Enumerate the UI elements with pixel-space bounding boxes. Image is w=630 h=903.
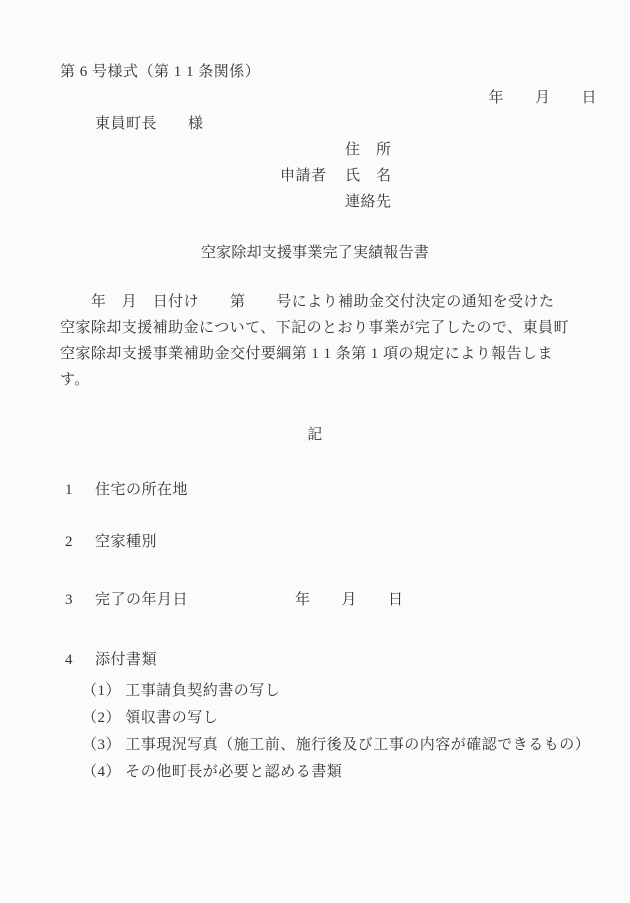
attachment-item: （1） 工事請負契約書の写し: [82, 683, 280, 699]
item-completion-date: 3完了の年月日年 月 日: [65, 592, 404, 608]
document-page: 第 6 号様式（第 1 1 条関係） 年 月 日 東員町長 様 申請者 住 所 …: [0, 0, 630, 903]
item-vacant-house-type: 2空家種別: [65, 534, 157, 550]
item-label: 住宅の所在地: [95, 482, 188, 498]
body-line: 空家除却支援補助金について、下記のとおり事業が完了したので、東員町: [60, 315, 575, 341]
attachment-item: （3） 工事現況写真（施工前、施行後及び工事の内容が確認できるもの）: [82, 737, 590, 753]
item-housing-location: 1住宅の所在地: [65, 482, 188, 498]
item-label: 空家種別: [95, 534, 157, 550]
page-title: 空家除却支援事業完了実績報告書: [0, 245, 630, 261]
item-label: 添付書類: [95, 652, 157, 668]
item-number: 1: [65, 482, 95, 498]
item-attached-documents: 4添付書類: [65, 652, 157, 668]
body-line: 年 月 日付け 第 号により補助金交付決定の通知を受けた: [60, 289, 575, 315]
attachment-item: （2） 領収書の写し: [82, 710, 218, 726]
item-number: 3: [65, 592, 95, 608]
attachment-item: （4） その他町長が必要と認める書類: [82, 764, 342, 780]
applicant-contact-field: 連絡先: [345, 194, 392, 210]
applicant-address-field: 住 所: [345, 142, 392, 158]
record-heading: 記: [0, 427, 630, 443]
applicant-label: 申請者: [280, 168, 327, 184]
body-line: す。: [60, 367, 575, 393]
item-label: 完了の年月日: [95, 592, 188, 608]
completion-date-blanks: 年 月 日: [295, 592, 404, 608]
applicant-name-field: 氏 名: [345, 168, 392, 184]
item-number: 4: [65, 652, 95, 668]
body-paragraph: 年 月 日付け 第 号により補助金交付決定の通知を受けた 空家除却支援補助金につ…: [60, 289, 575, 393]
form-number: 第 6 号様式（第 1 1 条関係）: [60, 64, 260, 80]
date-line: 年 月 日: [488, 90, 597, 106]
addressee: 東員町長 様: [95, 116, 204, 132]
item-number: 2: [65, 534, 95, 550]
body-line: 空家除却支援事業補助金交付要綱第 1 1 条第 1 項の規定により報告しま: [60, 341, 575, 367]
